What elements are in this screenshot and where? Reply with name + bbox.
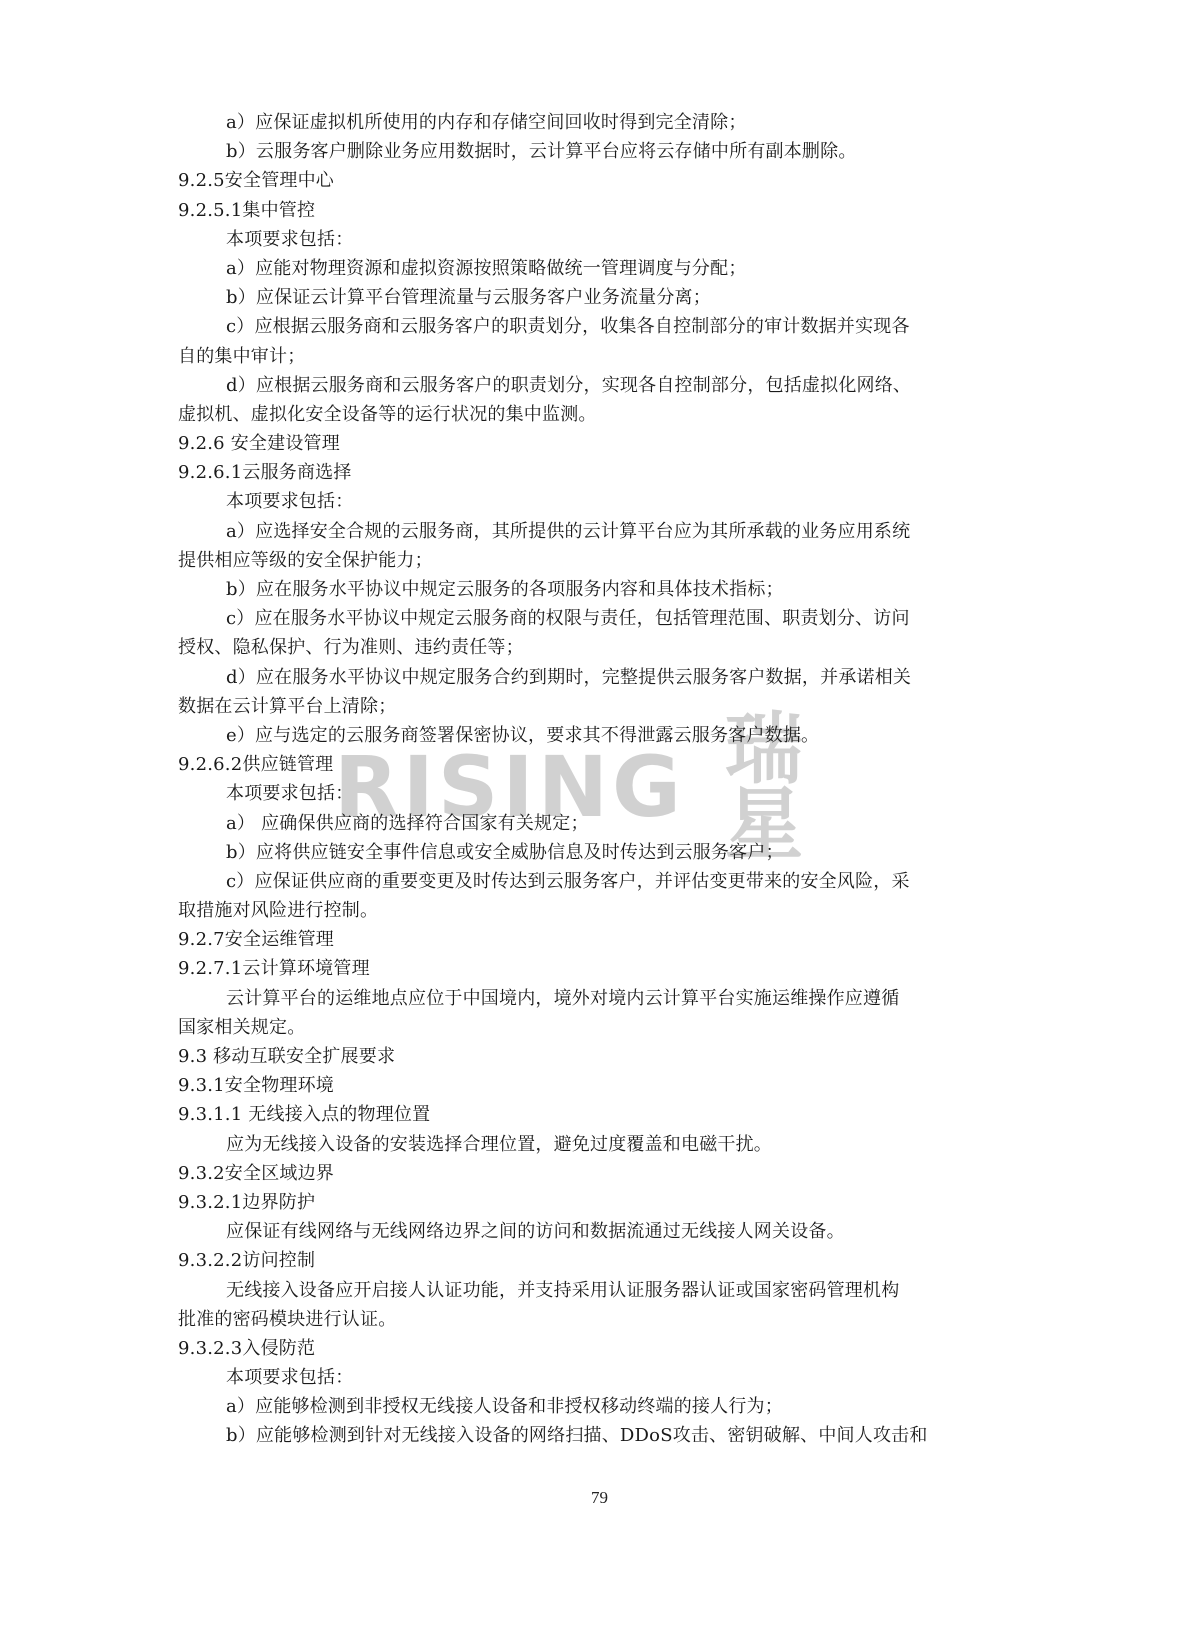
paragraph-line: 本项要求包括：: [178, 1363, 993, 1392]
paragraph-line: b）应在服务水平协议中规定云服务的各项服务内容和具体技术指标；: [178, 575, 993, 604]
paragraph-line: 提供相应等级的安全保护能力；: [178, 546, 993, 575]
paragraph-line: 本项要求包括：: [178, 487, 993, 516]
section-heading: 9.2.5.1集中管控: [178, 196, 993, 225]
paragraph-line: c）应保证供应商的重要变更及时传达到云服务客户，并评估变更带来的安全风险，采: [178, 867, 993, 896]
paragraph-line: 本项要求包括：: [178, 225, 993, 254]
paragraph-line: a）应保证虚拟机所使用的内存和存储空间回收时得到完全清除；: [178, 108, 993, 137]
section-heading: 9.2.5安全管理中心: [178, 166, 993, 195]
paragraph-line: d）应在服务水平协议中规定服务合约到期时，完整提供云服务客户数据，并承诺相关: [178, 663, 993, 692]
section-heading: 9.3 移动互联安全扩展要求: [178, 1042, 993, 1071]
section-heading: 9.2.6 安全建设管理: [178, 429, 993, 458]
section-heading: 9.3.1.1 无线接入点的物理位置: [178, 1100, 993, 1129]
paragraph-line: 云计算平台的运维地点应位于中国境内，境外对境内云计算平台实施运维操作应遵循: [178, 984, 993, 1013]
paragraph-line: b）应保证云计算平台管理流量与云服务客户业务流量分离；: [178, 283, 993, 312]
paragraph-line: a）应能够检测到非授权无线接人设备和非授权移动终端的接人行为；: [178, 1392, 993, 1421]
section-heading: 9.2.6.1云服务商选择: [178, 458, 993, 487]
paragraph-line: 国家相关规定。: [178, 1013, 993, 1042]
paragraph-line: 数据在云计算平台上清除；: [178, 692, 993, 721]
section-heading: 9.2.7.1云计算环境管理: [178, 954, 993, 983]
paragraph-line: c）应根据云服务商和云服务客户的职责划分，收集各自控制部分的审计数据并实现各: [178, 312, 993, 341]
document-body: a）应保证虚拟机所使用的内存和存储空间回收时得到完全清除；b）云服务客户删除业务…: [178, 108, 993, 1451]
paragraph-line: c）应在服务水平协议中规定云服务商的权限与责任，包括管理范围、职责划分、访问: [178, 604, 993, 633]
paragraph-line: 应保证有线网络与无线网络边界之间的访问和数据流通过无线接人网关设备。: [178, 1217, 993, 1246]
section-heading: 9.3.2.2访问控制: [178, 1246, 993, 1275]
paragraph-line: 虚拟机、虚拟化安全设备等的运行状况的集中监测。: [178, 400, 993, 429]
section-heading: 9.3.2.1边界防护: [178, 1188, 993, 1217]
paragraph-line: b）应将供应链安全事件信息或安全威胁信息及时传达到云服务客户；: [178, 838, 993, 867]
paragraph-line: d）应根据云服务商和云服务客户的职责划分，实现各自控制部分，包括虚拟化网络、: [178, 371, 993, 400]
page-number: 79: [0, 1488, 1199, 1508]
paragraph-line: 取措施对风险进行控制。: [178, 896, 993, 925]
section-heading: 9.3.1安全物理环境: [178, 1071, 993, 1100]
paragraph-line: 本项要求包括：: [178, 779, 993, 808]
section-heading: 9.2.6.2供应链管理: [178, 750, 993, 779]
paragraph-line: 自的集中审计；: [178, 342, 993, 371]
paragraph-line: e）应与选定的云服务商签署保密协议，要求其不得泄露云服务客户数据。: [178, 721, 993, 750]
section-heading: 9.3.2安全区域边界: [178, 1159, 993, 1188]
paragraph-line: b）云服务客户删除业务应用数据时，云计算平台应将云存储中所有副本删除。: [178, 137, 993, 166]
section-heading: 9.2.7安全运维管理: [178, 925, 993, 954]
paragraph-line: 无线接入设备应开启接人认证功能，并支持采用认证服务器认证或国家密码管理机构: [178, 1276, 993, 1305]
paragraph-line: 应为无线接入设备的安装选择合理位置，避免过度覆盖和电磁干扰。: [178, 1130, 993, 1159]
paragraph-line: 授权、隐私保护、行为准则、违约责任等；: [178, 633, 993, 662]
paragraph-line: a）应选择安全合规的云服务商，其所提供的云计算平台应为其所承载的业务应用系统: [178, 517, 993, 546]
paragraph-line: b）应能够检测到针对无线接入设备的网络扫描、DDoS攻击、密钥破解、中间人攻击和: [178, 1421, 993, 1450]
document-page: RISING 瑞星 a）应保证虚拟机所使用的内存和存储空间回收时得到完全清除；b…: [0, 0, 1199, 1627]
section-heading: 9.3.2.3入侵防范: [178, 1334, 993, 1363]
paragraph-line: a）应能对物理资源和虚拟资源按照策略做统一管理调度与分配；: [178, 254, 993, 283]
paragraph-line: 批准的密码模块进行认证。: [178, 1305, 993, 1334]
paragraph-line: a） 应确保供应商的选择符合国家有关规定；: [178, 809, 993, 838]
